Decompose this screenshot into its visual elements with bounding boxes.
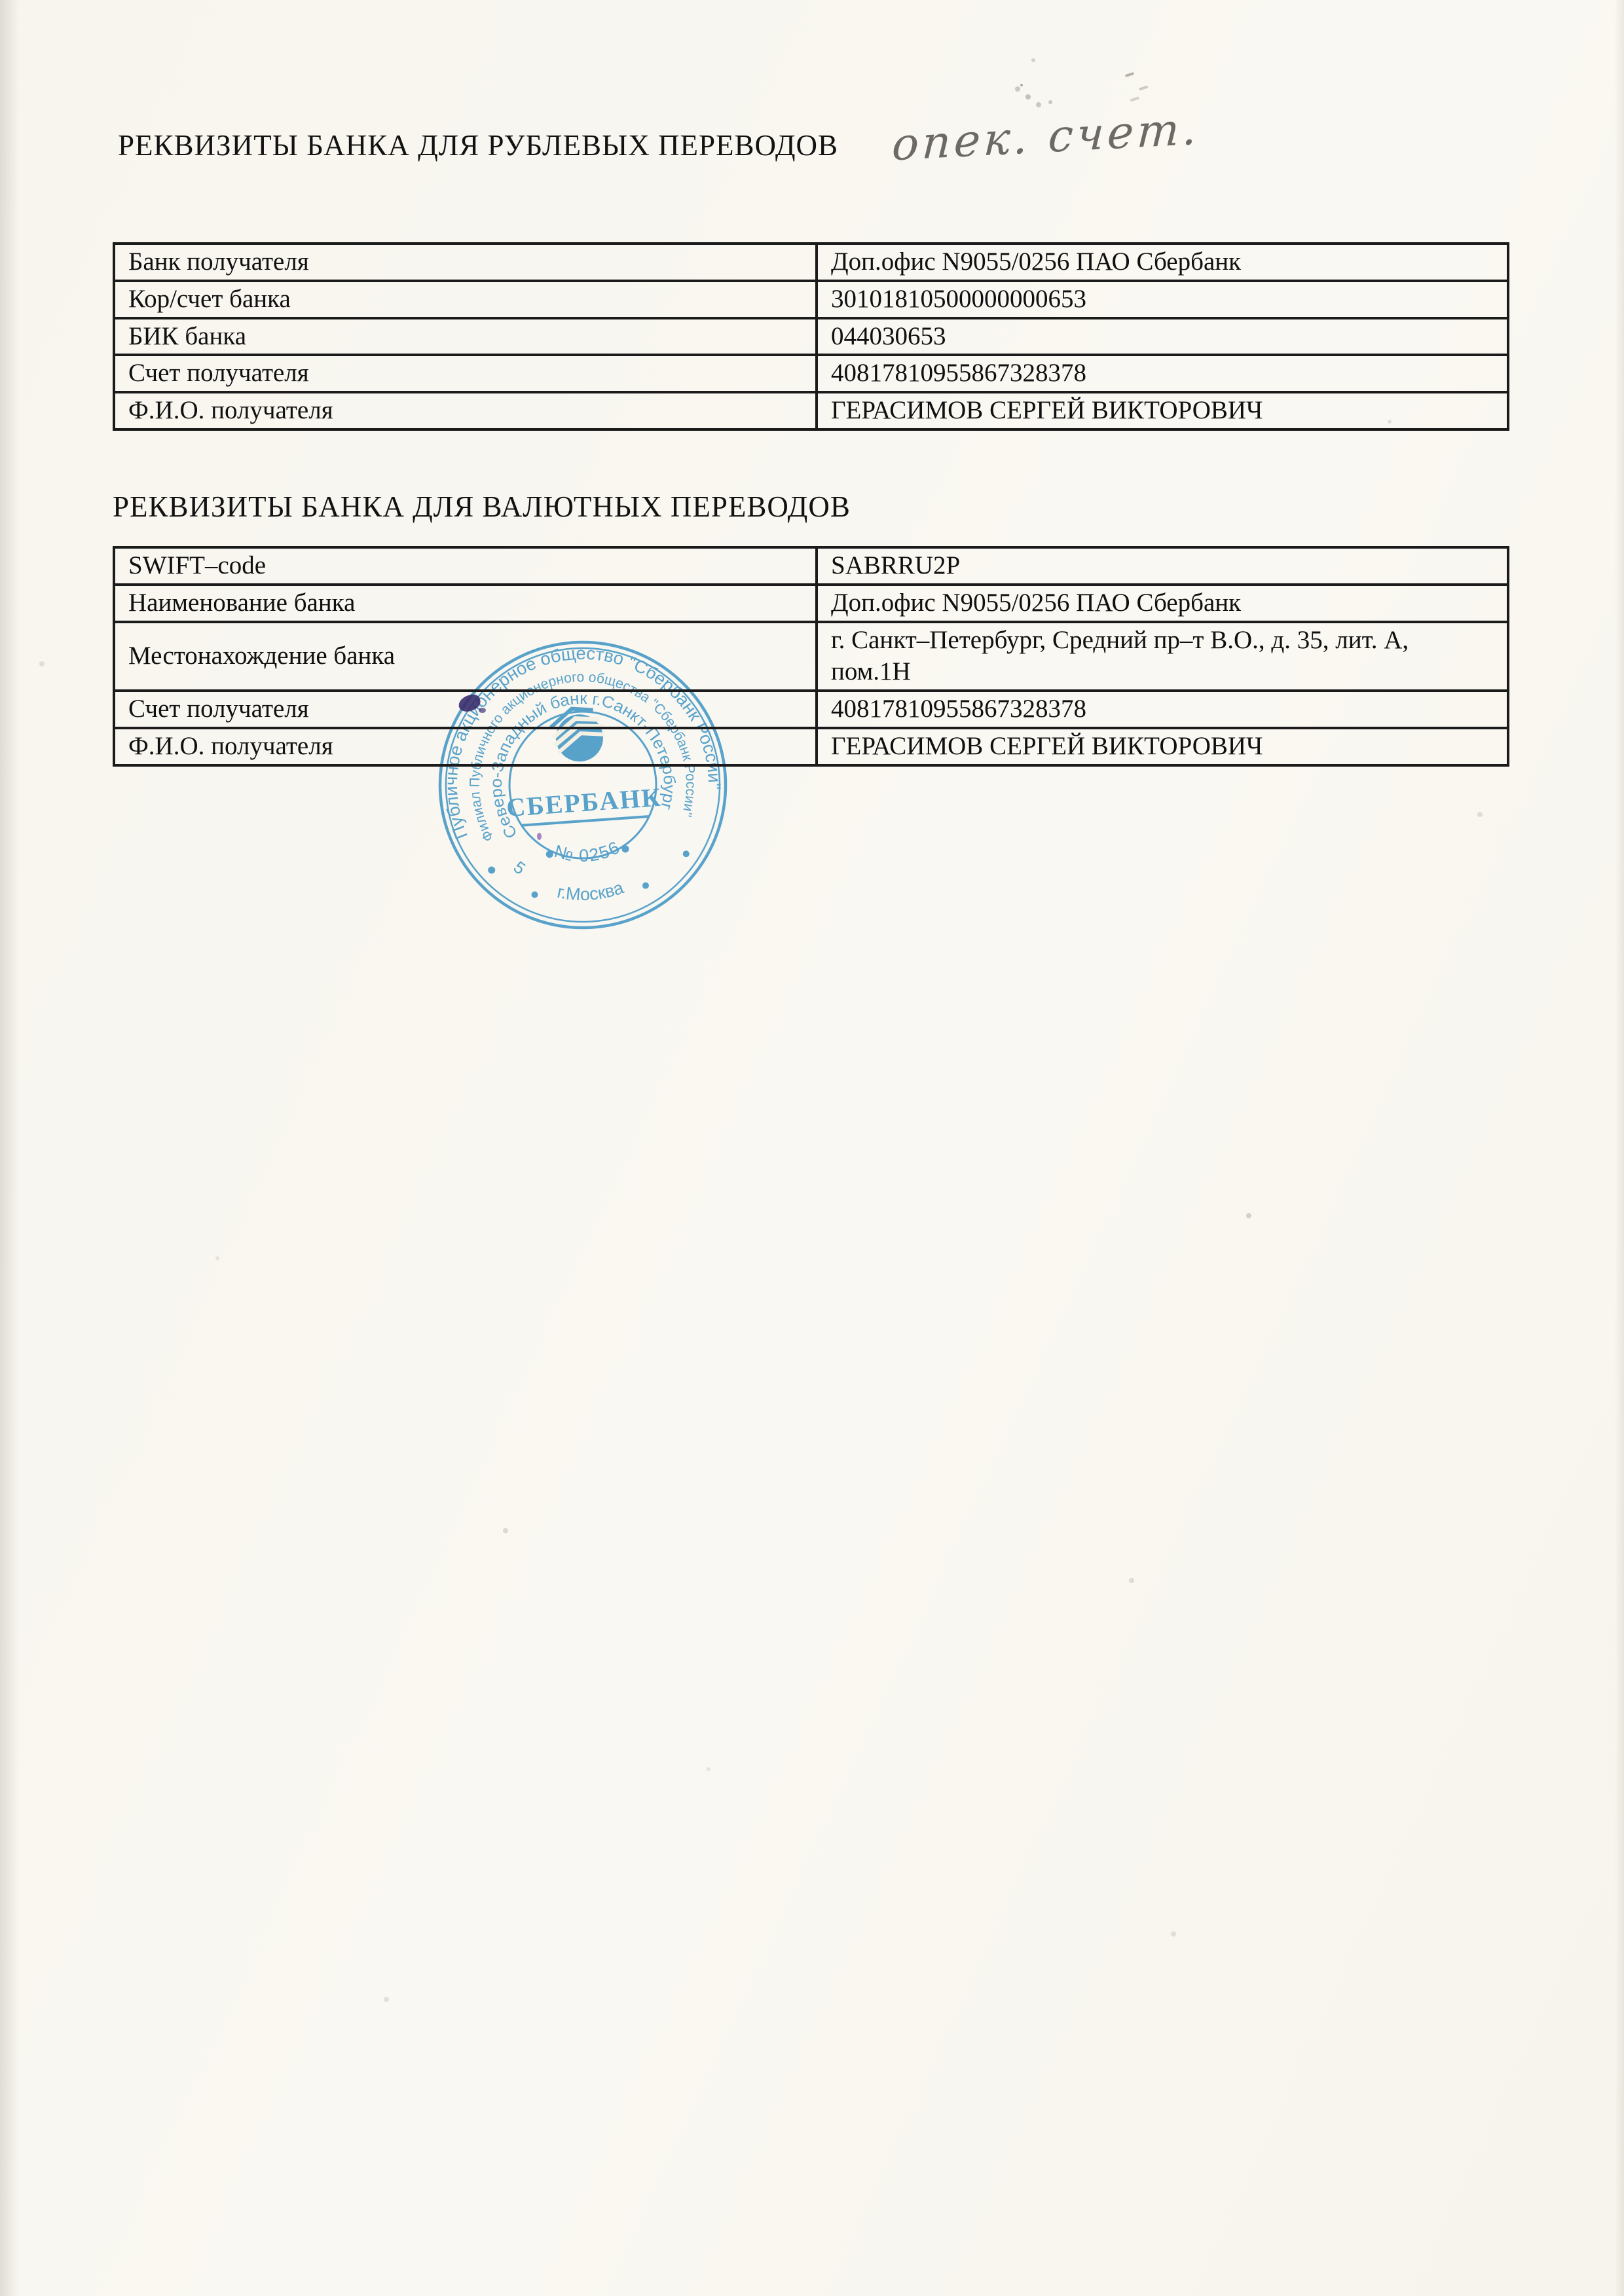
row-label: БИК банка (114, 318, 817, 355)
stamp-office-number: № 0256 (551, 837, 624, 868)
row-label: Счет получателя (114, 691, 817, 728)
paper-specks (0, 0, 3, 3)
row-label: Кор/счет банка (114, 281, 817, 318)
scanned-document-page: РЕКВИЗИТЫ БАНКА ДЛЯ РУБЛЕВЫХ ПЕРЕВОДОВ о… (0, 0, 1624, 2296)
row-label: Местонахождение банка (114, 622, 817, 691)
row-label: SWIFT–code (114, 547, 817, 585)
scan-smudge (1125, 72, 1135, 77)
table-row: Банк получателя Доп.офис N9055/0256 ПАО … (114, 244, 1508, 281)
table-row: БИК банка 044030653 (114, 318, 1508, 355)
row-label: Наименование банка (114, 585, 817, 622)
table-row: Ф.И.О. получателя ГЕРАСИМОВ СЕРГЕЙ ВИКТО… (114, 728, 1508, 765)
section-title-currency-transfers: РЕКВИЗИТЫ БАНКА ДЛЯ ВАЛЮТНЫХ ПЕРЕВОДОВ (113, 490, 851, 524)
stamp-branch-number: 5 (509, 856, 530, 879)
row-value: Доп.офис N9055/0256 ПАО Сбербанк (817, 585, 1508, 622)
row-value: 40817810955867328378 (817, 355, 1508, 392)
row-label: Банк получателя (114, 244, 817, 281)
row-value: Доп.офис N9055/0256 ПАО Сбербанк (817, 244, 1508, 281)
row-value: г. Санкт–Петербург, Средний пр–т В.О., д… (817, 622, 1508, 691)
row-label: Счет получателя (114, 355, 817, 392)
table-row: Счет получателя 40817810955867328378 (114, 691, 1508, 728)
row-value: ГЕРАСИМОВ СЕРГЕЙ ВИКТОРОВИЧ (817, 392, 1508, 429)
ruble-details-table: Банк получателя Доп.офис N9055/0256 ПАО … (113, 242, 1509, 431)
row-value: 40817810955867328378 (817, 691, 1508, 728)
stamp-city-text: г.Москва (554, 877, 627, 907)
row-value: 30101810500000000653 (817, 281, 1508, 318)
handwritten-note: опек. счет. (891, 103, 1201, 172)
currency-details-table: SWIFT–code SABRRU2P Наименование банка Д… (113, 546, 1509, 767)
table-row: Кор/счет банка 30101810500000000653 (114, 281, 1508, 318)
table-row: Ф.И.О. получателя ГЕРАСИМОВ СЕРГЕЙ ВИКТО… (114, 392, 1508, 429)
table-row: Местонахождение банка г. Санкт–Петербург… (114, 622, 1508, 691)
section-title-ruble-transfers: РЕКВИЗИТЫ БАНКА ДЛЯ РУБЛЕВЫХ ПЕРЕВОДОВ (118, 128, 838, 162)
table-row: Наименование банка Доп.офис N9055/0256 П… (114, 585, 1508, 622)
row-value: SABRRU2P (817, 547, 1508, 585)
table-row: SWIFT–code SABRRU2P (114, 547, 1508, 585)
scan-smudge (1020, 84, 1023, 86)
row-value: ГЕРАСИМОВ СЕРГЕЙ ВИКТОРОВИЧ (817, 728, 1508, 765)
row-label: Ф.И.О. получателя (114, 392, 817, 429)
row-value: 044030653 (817, 318, 1508, 355)
row-label: Ф.И.О. получателя (114, 728, 817, 765)
table-row: Счет получателя 40817810955867328378 (114, 355, 1508, 392)
